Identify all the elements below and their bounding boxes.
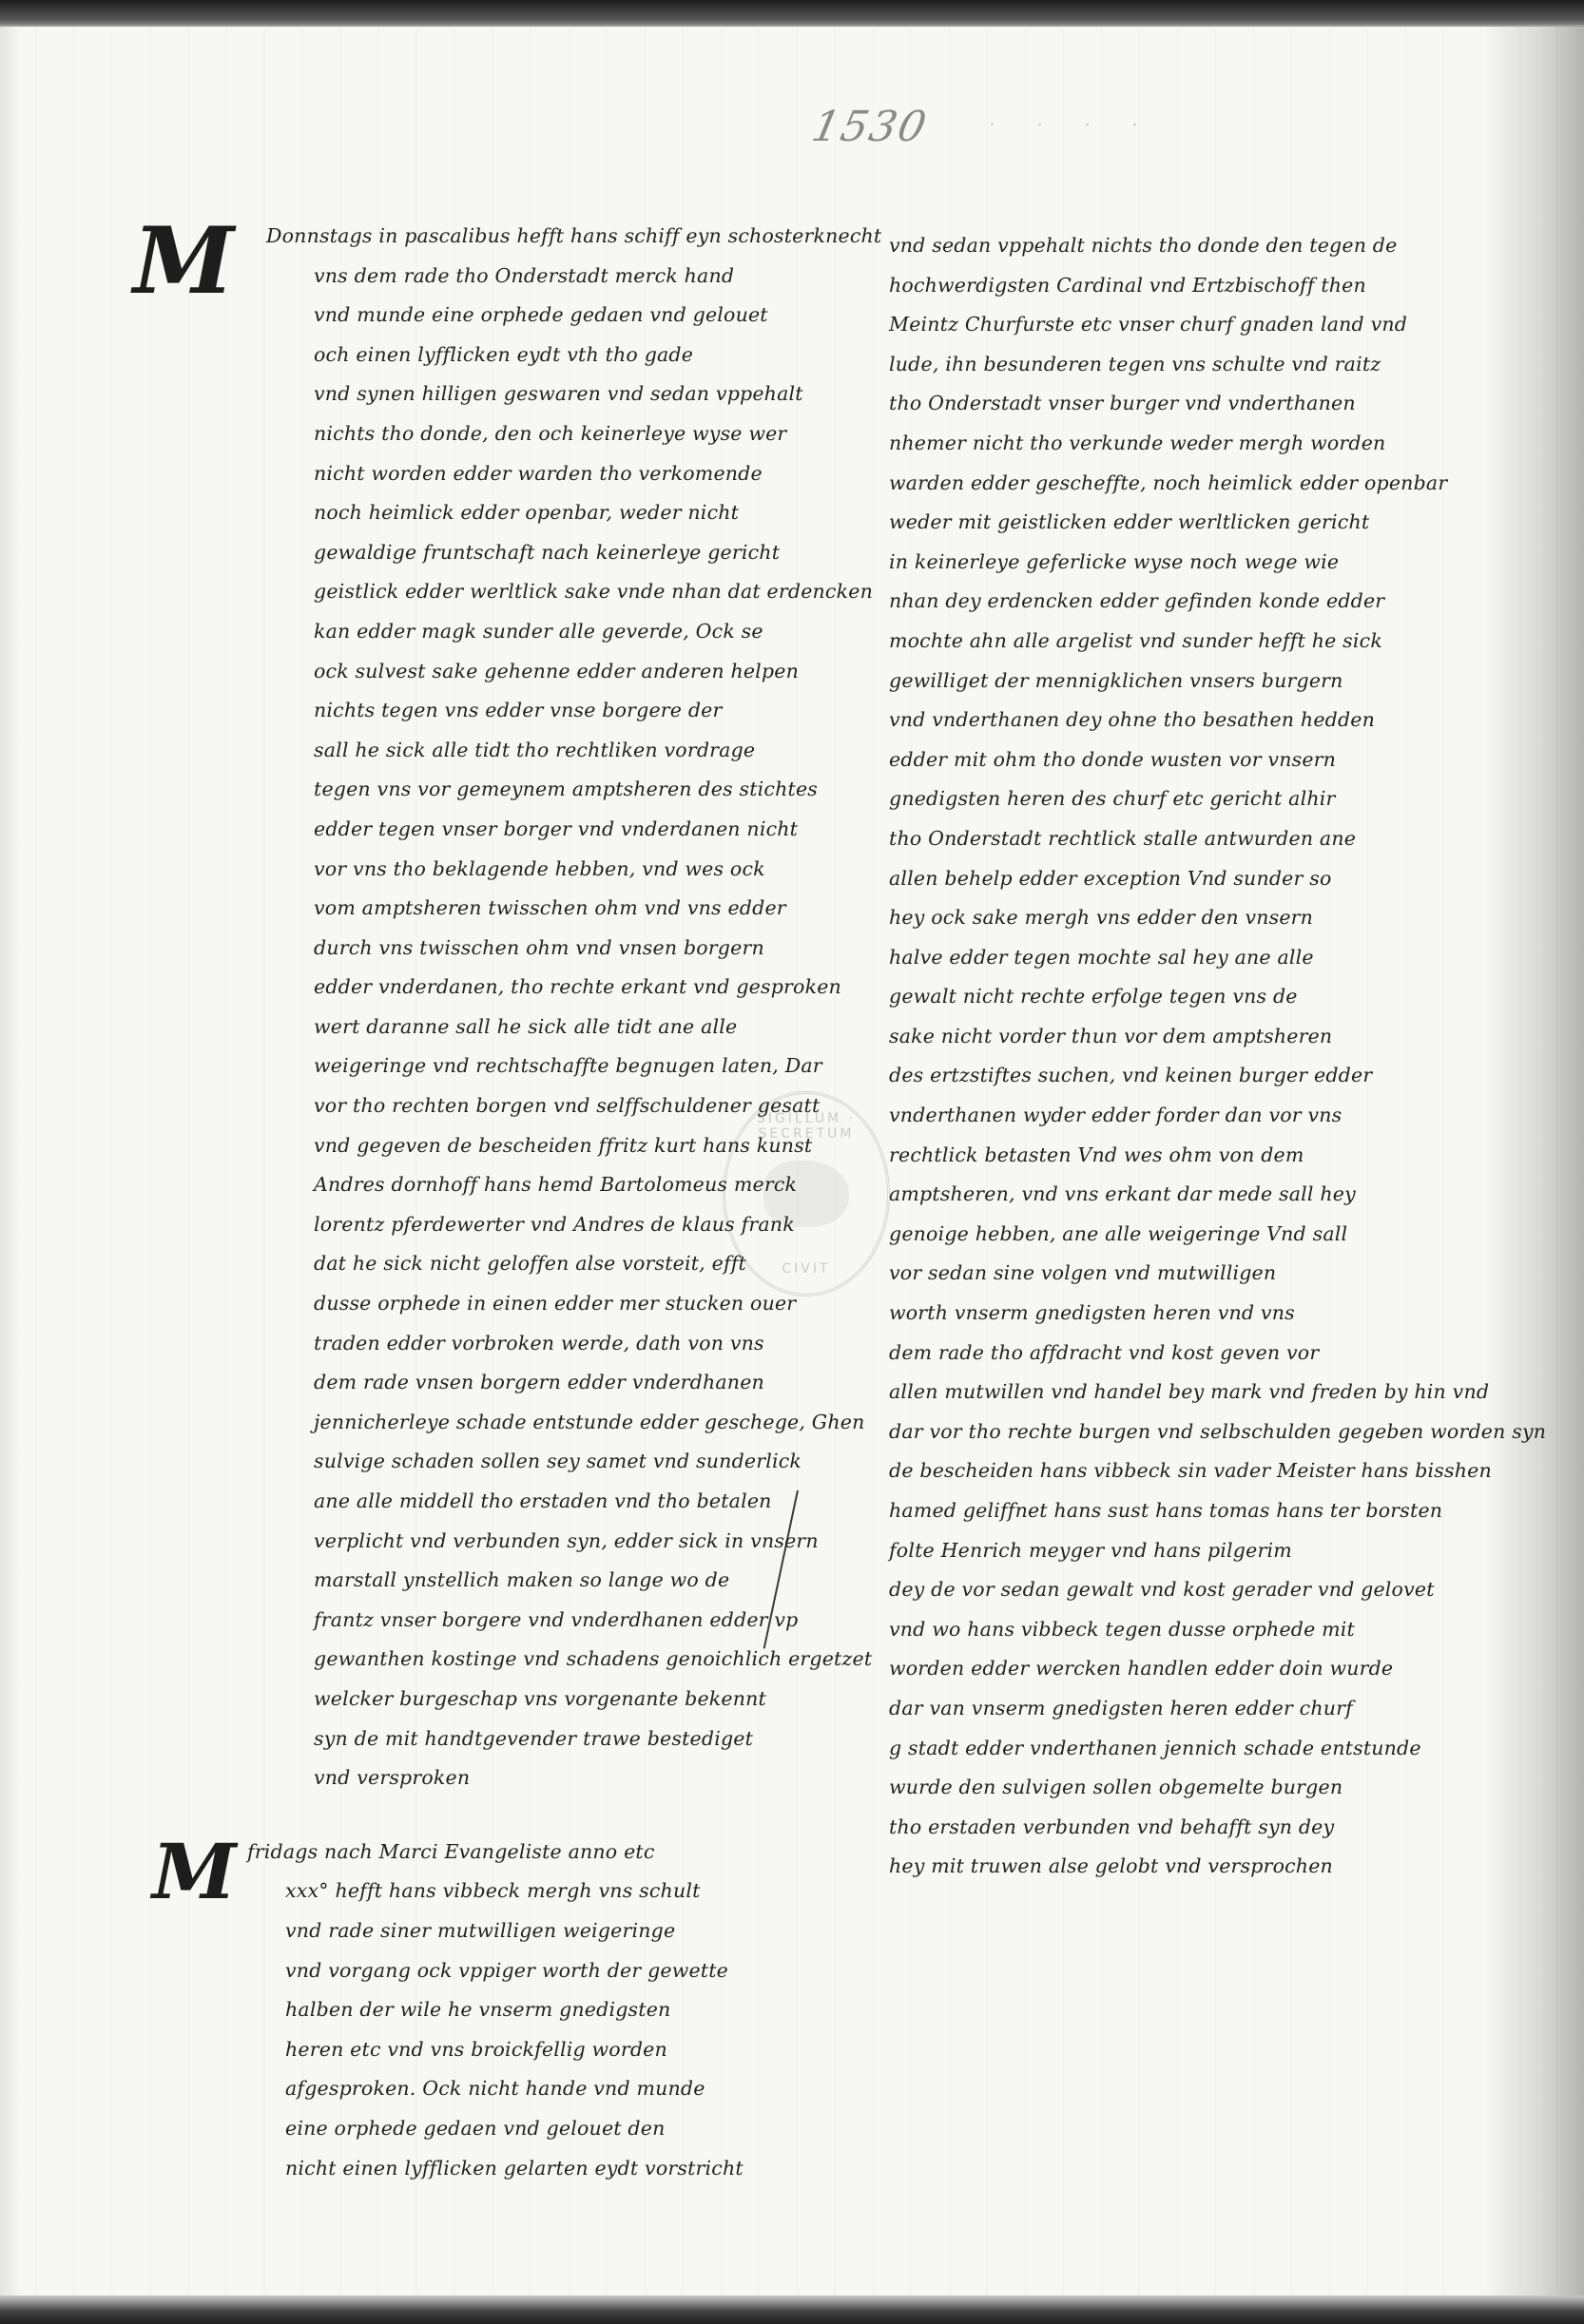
manuscript-line: fridags nach Marci Evangeliste anno etc (247, 1833, 884, 1873)
manuscript-line: genoige hebben, ane alle weigeringe Vnd … (889, 1215, 1497, 1255)
manuscript-line: vor tho rechten borgen vnd selffschulden… (314, 1086, 884, 1126)
manuscript-line: marstall ynstellich maken so lange wo de (314, 1561, 884, 1601)
manuscript-line: halben der wile he vnserm gnedigsten (285, 1990, 884, 2030)
manuscript-line: mochte ahn alle argelist vnd sunder heff… (889, 622, 1497, 662)
manuscript-line: vnd vorgang ock vppiger worth der gewett… (285, 1951, 884, 1991)
manuscript-line: des ertzstiftes suchen, vnd keinen burge… (889, 1056, 1497, 1096)
manuscript-line: tegen vns vor gemeynem amptsheren des st… (314, 770, 884, 810)
faint-pencil-marks: · · · · (989, 114, 1155, 138)
manuscript-line: vnd gegeven de bescheiden ffritz kurt ha… (314, 1126, 884, 1166)
manuscript-line: ock sulvest sake gehenne edder anderen h… (314, 652, 884, 692)
manuscript-line: vnd vnderthanen dey ohne tho besathen he… (889, 701, 1497, 740)
manuscript-line: och einen lyfflicken eydt vth tho gade (314, 336, 884, 375)
manuscript-line: traden edder vorbroken werde, dath von v… (314, 1324, 884, 1364)
manuscript-line: dem rade vnsen borgern edder vnderdhanen (314, 1363, 884, 1403)
manuscript-line: nhemer nicht tho verkunde weder mergh wo… (889, 424, 1497, 464)
manuscript-line: gewanthen kostinge vnd schadens genoichl… (314, 1640, 884, 1680)
manuscript-line: weigeringe vnd rechtschaffte begnugen la… (314, 1047, 884, 1086)
manuscript-line: sake nicht vorder thun vor dem amptshere… (889, 1017, 1497, 1057)
manuscript-line: dusse orphede in einen edder mer stucken… (314, 1284, 884, 1324)
manuscript-line: sall he sick alle tidt tho rechtliken vo… (314, 731, 884, 771)
manuscript-line: verplicht vnd verbunden syn, edder sick … (314, 1522, 884, 1562)
manuscript-line: wert daranne sall he sick alle tidt ane … (314, 1008, 884, 1047)
manuscript-line: vns dem rade tho Onderstadt merck hand (314, 257, 884, 297)
entry-lines: vnd sedan vppehalt nichts tho donde den … (889, 226, 1497, 1887)
manuscript-line: allen mutwillen vnd handel bey mark vnd … (889, 1373, 1497, 1412)
manuscript-line: vnd versproken (314, 1758, 884, 1798)
manuscript-line: nicht einen lyfflicken gelarten eydt vor… (285, 2149, 884, 2189)
manuscript-line: nicht worden edder warden tho verkomende (314, 454, 884, 494)
manuscript-line: vor vns tho beklagende hebben, vnd wes o… (314, 850, 884, 890)
manuscript-line: edder mit ohm tho donde wusten vor vnser… (889, 740, 1497, 780)
manuscript-line: wurde den sulvigen sollen obgemelte burg… (889, 1768, 1497, 1808)
manuscript-line: weder mit geistlicken edder werltlicken … (889, 503, 1497, 543)
manuscript-line: lude, ihn besunderen tegen vns schulte v… (889, 345, 1497, 385)
manuscript-line: hey ock sake mergh vns edder den vnsern (889, 898, 1497, 938)
manuscript-line: vnderthanen wyder edder forder dan vor v… (889, 1096, 1497, 1136)
entry-initial: M (152, 1827, 237, 1916)
manuscript-line: in keinerleye geferlicke wyse noch wege … (889, 543, 1497, 583)
manuscript-line: xxx° hefft hans vibbeck mergh vns schult (285, 1872, 884, 1911)
manuscript-line: afgesproken. Ock nicht hande vnd munde (285, 2069, 884, 2109)
manuscript-line: tho erstaden verbunden vnd behafft syn d… (889, 1808, 1497, 1848)
left-column: M Donnstags in pascalibus hefft hans sch… (314, 217, 884, 2188)
manuscript-line: vnd synen hilligen geswaren vnd sedan vp… (314, 375, 884, 414)
manuscript-line: folte Henrich meyger vnd hans pilgerim (889, 1531, 1497, 1571)
manuscript-line: gewaldige fruntschaft nach keinerleye ge… (314, 533, 884, 573)
manuscript-line: hamed geliffnet hans sust hans tomas han… (889, 1491, 1497, 1531)
manuscript-line: kan edder magk sunder alle geverde, Ock … (314, 612, 884, 652)
manuscript-line: gewalt nicht rechte erfolge tegen vns de (889, 977, 1497, 1017)
manuscript-line: warden edder gescheffte, noch heimlick e… (889, 464, 1497, 504)
manuscript-line: dem rade tho affdracht vnd kost geven vo… (889, 1334, 1497, 1373)
manuscript-line: welcker burgeschap vns vorgenante bekenn… (314, 1680, 884, 1719)
manuscript-line: geistlick edder werltlick sake vnde nhan… (314, 572, 884, 612)
manuscript-line: dat he sick nicht geloffen alse vorsteit… (314, 1244, 884, 1284)
manuscript-line: jennicherleye schade entstunde edder ges… (314, 1403, 884, 1443)
manuscript-line: edder vnderdanen, tho rechte erkant vnd … (314, 968, 884, 1008)
manuscript-line: dar van vnserm gnedigsten heren edder ch… (889, 1689, 1497, 1729)
folio-number: 1530 (808, 103, 933, 151)
manuscript-line: Andres dornhoff hans hemd Bartolomeus me… (314, 1165, 884, 1205)
manuscript-line: heren etc vnd vns broickfellig worden (285, 2030, 884, 2070)
manuscript-line: sulvige schaden sollen sey samet vnd sun… (314, 1442, 884, 1482)
manuscript-line: g stadt edder vnderthanen jennich schade… (889, 1729, 1497, 1769)
manuscript-line: de bescheiden hans vibbeck sin vader Mei… (889, 1451, 1497, 1491)
manuscript-line: gnedigsten heren des churf etc gericht a… (889, 779, 1497, 819)
manuscript-line: tho Onderstadt vnser burger vnd vndertha… (889, 384, 1497, 424)
manuscript-line: durch vns twisschen ohm vnd vnsen borger… (314, 929, 884, 969)
manuscript-line: ane alle middell tho erstaden vnd tho be… (314, 1482, 884, 1522)
entry-lines: fridags nach Marci Evangeliste anno etcx… (247, 1833, 884, 2188)
manuscript-line: hochwerdigsten Cardinal vnd Ertzbischoff… (889, 266, 1497, 306)
manuscript-line: frantz vnser borgere vnd vnderdhanen edd… (314, 1601, 884, 1641)
manuscript-line: vnd munde eine orphede gedaen vnd geloue… (314, 296, 884, 336)
manuscript-line: vnd rade siner mutwilligen weigeringe (285, 1911, 884, 1951)
manuscript-line: allen behelp edder exception Vnd sunder … (889, 859, 1497, 899)
entry-lines: Donnstags in pascalibus hefft hans schif… (314, 217, 884, 1798)
manuscript-line: rechtlick betasten Vnd wes ohm von dem (889, 1136, 1497, 1176)
entry-initial: M (133, 207, 234, 315)
manuscript-line: worth vnserm gnedigsten heren vnd vns (889, 1294, 1497, 1334)
manuscript-line: eine orphede gedaen vnd gelouet den (285, 2109, 884, 2149)
manuscript-line: nichts tegen vns edder vnse borgere der (314, 691, 884, 731)
manuscript-line: dey de vor sedan gewalt vnd kost gerader… (889, 1570, 1497, 1610)
manuscript-line: vnd wo hans vibbeck tegen dusse orphede … (889, 1610, 1497, 1650)
manuscript-line: vor sedan sine volgen vnd mutwilligen (889, 1254, 1497, 1294)
manuscript-line: Meintz Churfurste etc vnser churf gnaden… (889, 305, 1497, 345)
entry-donnstags: M Donnstags in pascalibus hefft hans sch… (314, 217, 884, 1798)
manuscript-line: noch heimlick edder openbar, weder nicht (314, 493, 884, 533)
manuscript-line: worden edder wercken handlen edder doin … (889, 1649, 1497, 1689)
manuscript-line: Donnstags in pascalibus hefft hans schif… (266, 217, 884, 257)
manuscript-line: hey mit truwen alse gelobt vnd versproch… (889, 1847, 1497, 1887)
manuscript-line: gewilliget der mennigklichen vnsers burg… (889, 662, 1497, 701)
manuscript-line: vom amptsheren twisschen ohm vnd vns edd… (314, 889, 884, 929)
manuscript-line: lorentz pferdewerter vnd Andres de klaus… (314, 1205, 884, 1245)
manuscript-page: 1530 · · · · SIGILLUM · SECRETUM CIVIT M… (0, 25, 1584, 2300)
scan-edge-bottom (0, 2295, 1584, 2324)
manuscript-line: nhan dey erdencken edder gefinden konde … (889, 582, 1497, 622)
manuscript-line: syn de mit handtgevender trawe bestedige… (314, 1719, 884, 1759)
manuscript-line: amptsheren, vnd vns erkant dar mede sall… (889, 1175, 1497, 1215)
manuscript-line: vnd sedan vppehalt nichts tho donde den … (889, 226, 1497, 266)
manuscript-line: nichts tho donde, den och keinerleye wys… (314, 414, 884, 454)
manuscript-line: tho Onderstadt rechtlick stalle antwurde… (889, 819, 1497, 859)
manuscript-line: edder tegen vnser borger vnd vnderdanen … (314, 810, 884, 850)
manuscript-line: dar vor tho rechte burgen vnd selbschuld… (889, 1412, 1497, 1452)
entry-fridags: M fridags nach Marci Evangeliste anno et… (247, 1833, 884, 2188)
manuscript-line: halve edder tegen mochte sal hey ane all… (889, 938, 1497, 978)
right-column: vnd sedan vppehalt nichts tho donde den … (889, 226, 1497, 1887)
